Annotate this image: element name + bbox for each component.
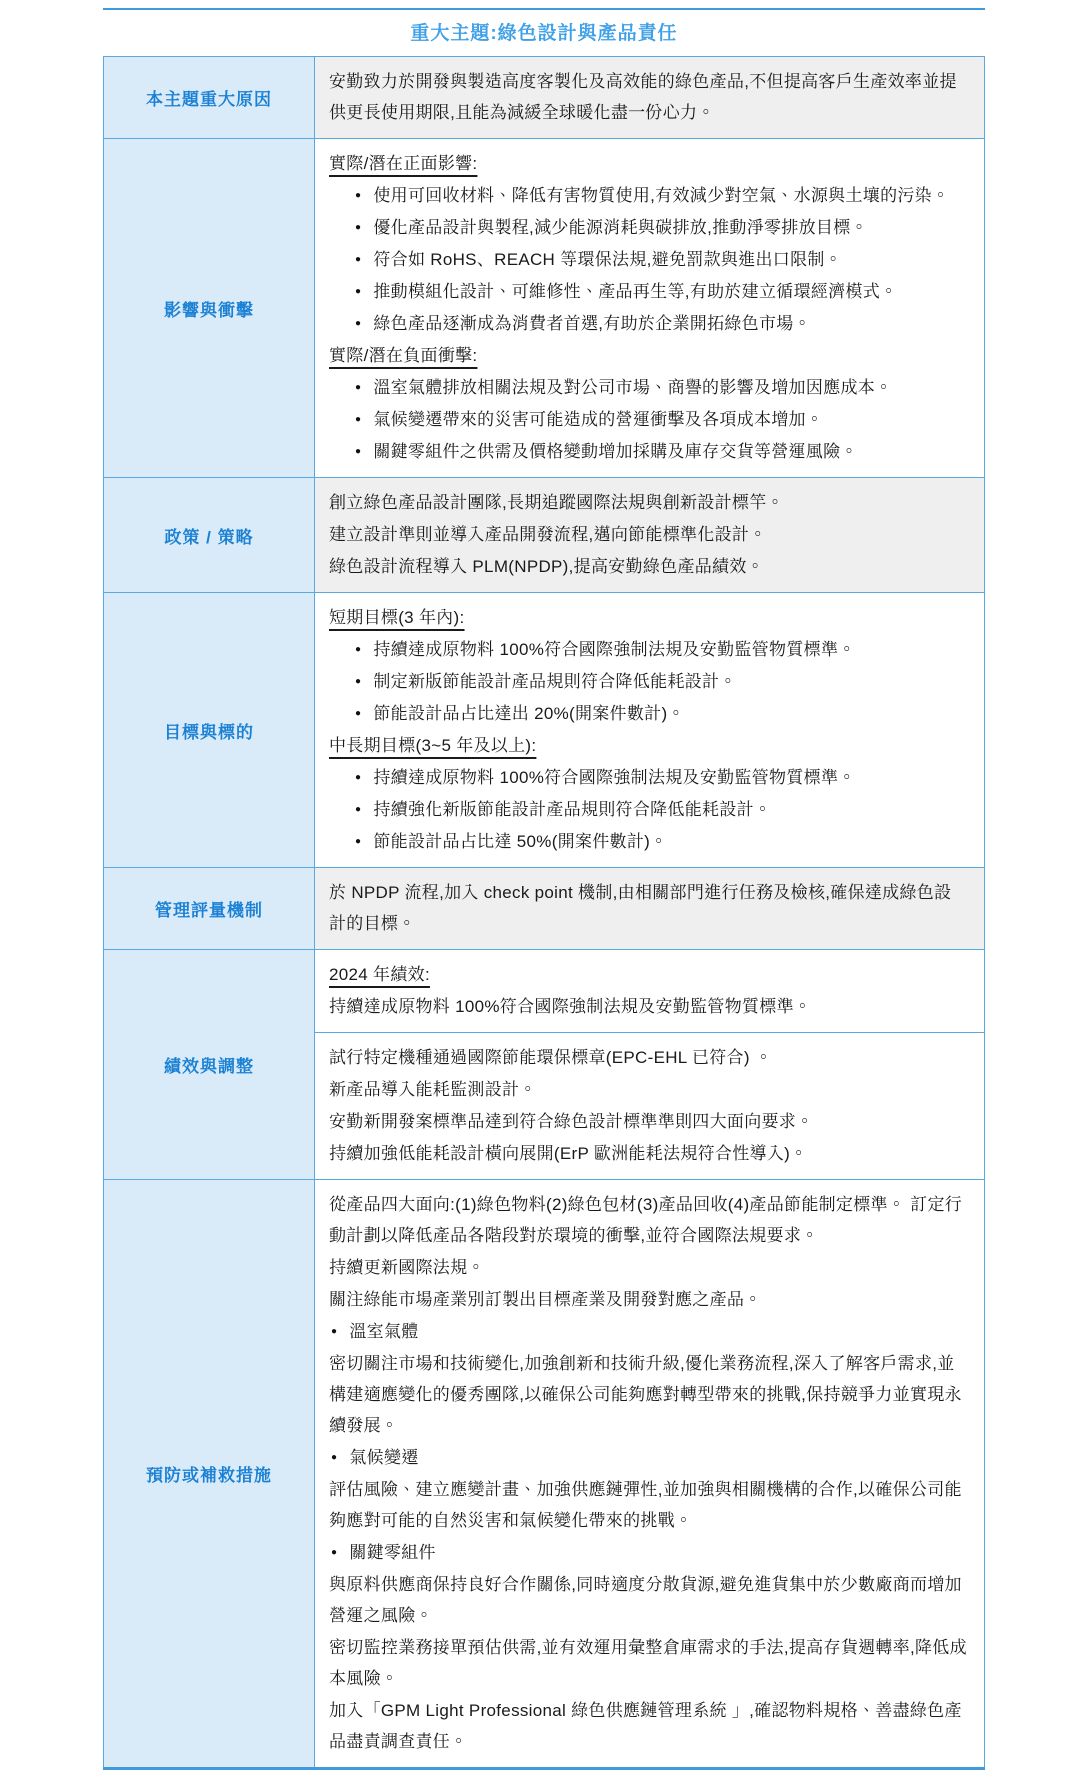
bullet-item: ●氣候變遷 bbox=[329, 1442, 968, 1473]
bullet-item: ●符合如 RoHS、REACH 等環保法規,避免罰款與進出口限制。 bbox=[329, 244, 968, 275]
bullet-text: 關鍵零組件 bbox=[349, 1537, 968, 1568]
row-content: 2024 年績效:持續達成原物料 100%符合國際強制法規及安勤監管物質標準。 bbox=[315, 950, 985, 1033]
bullet-item: ●持續達成原物料 100%符合國際強制法規及安勤監管物質標準。 bbox=[329, 634, 968, 665]
bullet-item: ●綠色產品逐漸成為消費者首選,有助於企業開拓綠色市場。 bbox=[329, 308, 968, 339]
paragraph: 密切監控業務接單預估供需,並有效運用彙整倉庫需求的手法,提高存貨週轉率,降低成本… bbox=[329, 1632, 968, 1694]
table-row: 績效與調整2024 年績效:持續達成原物料 100%符合國際強制法規及安勤監管物… bbox=[104, 950, 985, 1033]
section-heading: 2024 年績效: bbox=[329, 965, 430, 984]
bullet-item: ●溫室氣體排放相關法規及對公司市場、商譽的影響及增加因應成本。 bbox=[329, 372, 968, 403]
table-row: 預防或補救措施從產品四大面向:(1)綠色物料(2)綠色包材(3)產品回收(4)產… bbox=[104, 1180, 985, 1769]
section-heading: 短期目標(3 年內): bbox=[329, 608, 465, 627]
paragraph: 與原料供應商保持良好合作關係,同時適度分散貨源,避免進貨集中於少數廠商而增加營運… bbox=[329, 1569, 968, 1631]
paragraph: 從產品四大面向:(1)綠色物料(2)綠色包材(3)產品回收(4)產品節能制定標準… bbox=[329, 1189, 968, 1251]
paragraph: 密切關注市場和技術變化,加強創新和技術升級,優化業務流程,深入了解客戶需求,並構… bbox=[329, 1348, 968, 1441]
bullet-item: ●溫室氣體 bbox=[329, 1316, 968, 1347]
row-content: 於 NPDP 流程,加入 check point 機制,由相關部門進行任務及檢核… bbox=[315, 868, 985, 950]
bullet-item: ●推動模組化設計、可維修性、產品再生等,有助於建立循環經濟模式。 bbox=[329, 276, 968, 307]
bullet-icon: ● bbox=[355, 436, 361, 467]
bullet-item: ●關鍵零組件之供需及價格變動增加採購及庫存交貨等營運風險。 bbox=[329, 436, 968, 467]
bullet-item: ●氣候變遷帶來的災害可能造成的營運衝擊及各項成本增加。 bbox=[329, 404, 968, 435]
paragraph: 加入「GPM Light Professional 綠色供應鏈管理系統 」,確認… bbox=[329, 1695, 968, 1757]
section-heading: 實際/潛在負面衝擊: bbox=[329, 346, 477, 365]
bullet-text: 節能設計品占比達 50%(開案件數計)。 bbox=[373, 826, 968, 857]
row-label: 政策 / 策略 bbox=[104, 478, 315, 593]
paragraph: 安勤新開發案標準品達到符合綠色設計標準準則四大面向要求。 bbox=[329, 1106, 968, 1137]
bullet-icon: ● bbox=[355, 826, 361, 857]
paragraph: 持續更新國際法規。 bbox=[329, 1252, 968, 1283]
bullet-text: 氣候變遷帶來的災害可能造成的營運衝擊及各項成本增加。 bbox=[373, 404, 968, 435]
report-page: 重大主題:綠色設計與產品責任 本主題重大原因安勤致力於開發與製造高度客製化及高效… bbox=[0, 0, 1084, 1772]
paragraph: 建立設計準則並導入產品開發流程,邁向節能標準化設計。 bbox=[329, 519, 968, 550]
bullet-text: 持續強化新版節能設計產品規則符合降低能耗設計。 bbox=[373, 794, 968, 825]
paragraph: 於 NPDP 流程,加入 check point 機制,由相關部門進行任務及檢核… bbox=[329, 877, 968, 939]
bullet-text: 綠色產品逐漸成為消費者首選,有助於企業開拓綠色市場。 bbox=[373, 308, 968, 339]
paragraph: 持續加強低能耗設計橫向展開(ErP 歐洲能耗法規符合性導入)。 bbox=[329, 1138, 968, 1169]
bullet-item: ●持續達成原物料 100%符合國際強制法規及安勤監管物質標準。 bbox=[329, 762, 968, 793]
section-heading: 實際/潛在正面影響: bbox=[329, 154, 477, 173]
table-row: 目標與標的短期目標(3 年內):●持續達成原物料 100%符合國際強制法規及安勤… bbox=[104, 593, 985, 868]
bullet-icon: ● bbox=[355, 212, 361, 243]
bullet-icon: ● bbox=[355, 634, 361, 665]
bullet-icon: ● bbox=[355, 404, 361, 435]
bullet-text: 優化產品設計與製程,減少能源消耗與碳排放,推動淨零排放目標。 bbox=[373, 212, 968, 243]
row-content: 從產品四大面向:(1)綠色物料(2)綠色包材(3)產品回收(4)產品節能制定標準… bbox=[315, 1180, 985, 1769]
paragraph: 綠色設計流程導入 PLM(NPDP),提高安勤綠色產品績效。 bbox=[329, 551, 968, 582]
bullet-text: 溫室氣體排放相關法規及對公司市場、商譽的影響及增加因應成本。 bbox=[373, 372, 968, 403]
bullet-icon: ● bbox=[355, 244, 361, 275]
row-label: 績效與調整 bbox=[104, 950, 315, 1180]
row-label: 影響與衝擊 bbox=[104, 139, 315, 478]
table-row: 政策 / 策略創立綠色產品設計團隊,長期追蹤國際法規與創新設計標竿。建立設計準則… bbox=[104, 478, 985, 593]
bullet-item: ●關鍵零組件 bbox=[329, 1537, 968, 1568]
bullet-icon: ● bbox=[355, 698, 361, 729]
table-row: 管理評量機制於 NPDP 流程,加入 check point 機制,由相關部門進… bbox=[104, 868, 985, 950]
bullet-text: 氣候變遷 bbox=[349, 1442, 968, 1473]
paragraph: 創立綠色產品設計團隊,長期追蹤國際法規與創新設計標竿。 bbox=[329, 487, 968, 518]
row-content: 安勤致力於開發與製造高度客製化及高效能的綠色產品,不但提高客戶生產效率並提供更長… bbox=[315, 57, 985, 139]
bullet-icon: ● bbox=[355, 372, 361, 403]
row-label: 預防或補救措施 bbox=[104, 1180, 315, 1769]
table-body: 本主題重大原因安勤致力於開發與製造高度客製化及高效能的綠色產品,不但提高客戶生產… bbox=[104, 57, 985, 1769]
bullet-icon: ● bbox=[331, 1316, 337, 1347]
bullet-text: 節能設計品占比達出 20%(開案件數計)。 bbox=[373, 698, 968, 729]
section-heading-block: 短期目標(3 年內): bbox=[329, 602, 968, 633]
bullet-item: ●使用可回收材料、降低有害物質使用,有效減少對空氣、水源與土壤的污染。 bbox=[329, 180, 968, 211]
section-heading-block: 中長期目標(3~5 年及以上): bbox=[329, 730, 968, 761]
bullet-icon: ● bbox=[355, 276, 361, 307]
paragraph: 持續達成原物料 100%符合國際強制法規及安勤監管物質標準。 bbox=[329, 991, 968, 1022]
bullet-item: ●優化產品設計與製程,減少能源消耗與碳排放,推動淨零排放目標。 bbox=[329, 212, 968, 243]
bullet-icon: ● bbox=[355, 794, 361, 825]
bullet-icon: ● bbox=[355, 308, 361, 339]
bullet-icon: ● bbox=[355, 180, 361, 211]
bullet-item: ●節能設計品占比達出 20%(開案件數計)。 bbox=[329, 698, 968, 729]
bullet-icon: ● bbox=[331, 1442, 337, 1473]
paragraph: 試行特定機種通過國際節能環保標章(EPC-EHL 已符合) 。 bbox=[329, 1042, 968, 1073]
bullet-text: 持續達成原物料 100%符合國際強制法規及安勤監管物質標準。 bbox=[373, 634, 968, 665]
row-label: 管理評量機制 bbox=[104, 868, 315, 950]
table-row: 本主題重大原因安勤致力於開發與製造高度客製化及高效能的綠色產品,不但提高客戶生產… bbox=[104, 57, 985, 139]
bullet-icon: ● bbox=[331, 1537, 337, 1568]
paragraph: 關注綠能市場產業別訂製出目標產業及開發對應之產品。 bbox=[329, 1284, 968, 1315]
row-content: 實際/潛在正面影響:●使用可回收材料、降低有害物質使用,有效減少對空氣、水源與土… bbox=[315, 139, 985, 478]
section-heading: 中長期目標(3~5 年及以上): bbox=[329, 736, 536, 755]
section-heading-block: 實際/潛在負面衝擊: bbox=[329, 340, 968, 371]
bullet-text: 制定新版節能設計產品規則符合降低能耗設計。 bbox=[373, 666, 968, 697]
bullet-icon: ● bbox=[355, 762, 361, 793]
section-heading-block: 實際/潛在正面影響: bbox=[329, 148, 968, 179]
material-topic-table: 本主題重大原因安勤致力於開發與製造高度客製化及高效能的綠色產品,不但提高客戶生產… bbox=[103, 56, 985, 1770]
bullet-item: ●節能設計品占比達 50%(開案件數計)。 bbox=[329, 826, 968, 857]
row-content: 試行特定機種通過國際節能環保標章(EPC-EHL 已符合) 。新產品導入能耗監測… bbox=[315, 1033, 985, 1180]
bullet-item: ●持續強化新版節能設計產品規則符合降低能耗設計。 bbox=[329, 794, 968, 825]
paragraph: 評估風險、建立應變計畫、加強供應鏈彈性,並加強與相關機構的合作,以確保公司能夠應… bbox=[329, 1474, 968, 1536]
bullet-text: 關鍵零組件之供需及價格變動增加採購及庫存交貨等營運風險。 bbox=[373, 436, 968, 467]
row-content: 短期目標(3 年內):●持續達成原物料 100%符合國際強制法規及安勤監管物質標… bbox=[315, 593, 985, 868]
bullet-text: 符合如 RoHS、REACH 等環保法規,避免罰款與進出口限制。 bbox=[373, 244, 968, 275]
bullet-text: 持續達成原物料 100%符合國際強制法規及安勤監管物質標準。 bbox=[373, 762, 968, 793]
bullet-text: 使用可回收材料、降低有害物質使用,有效減少對空氣、水源與土壤的污染。 bbox=[373, 180, 968, 211]
table-row: 影響與衝擊實際/潛在正面影響:●使用可回收材料、降低有害物質使用,有效減少對空氣… bbox=[104, 139, 985, 478]
bullet-text: 推動模組化設計、可維修性、產品再生等,有助於建立循環經濟模式。 bbox=[373, 276, 968, 307]
bullet-item: ●制定新版節能設計產品規則符合降低能耗設計。 bbox=[329, 666, 968, 697]
row-label: 目標與標的 bbox=[104, 593, 315, 868]
paragraph: 安勤致力於開發與製造高度客製化及高效能的綠色產品,不但提高客戶生產效率並提供更長… bbox=[329, 66, 968, 128]
paragraph: 新產品導入能耗監測設計。 bbox=[329, 1074, 968, 1105]
row-content: 創立綠色產品設計團隊,長期追蹤國際法規與創新設計標竿。建立設計準則並導入產品開發… bbox=[315, 478, 985, 593]
section-heading-block: 2024 年績效: bbox=[329, 959, 968, 990]
page-title: 重大主題:綠色設計與產品責任 bbox=[103, 17, 985, 50]
bullet-text: 溫室氣體 bbox=[349, 1316, 968, 1347]
bullet-icon: ● bbox=[355, 666, 361, 697]
row-label: 本主題重大原因 bbox=[104, 57, 315, 139]
top-divider bbox=[103, 8, 985, 10]
